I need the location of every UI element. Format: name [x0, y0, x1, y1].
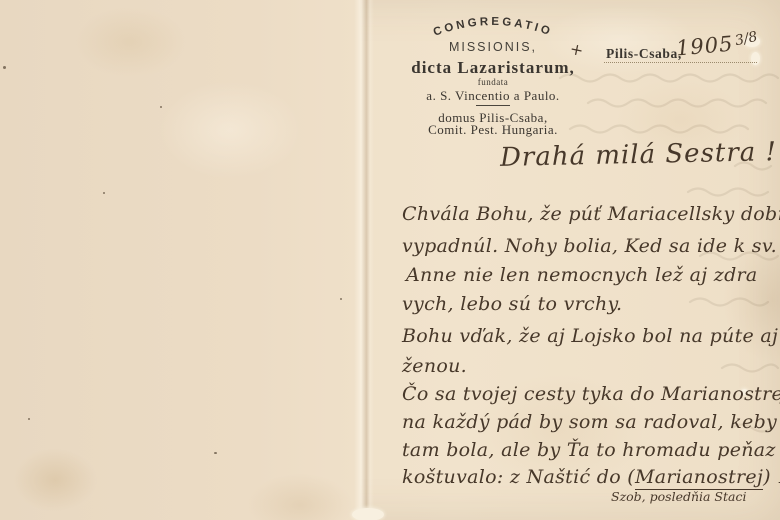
handwritten-line: na každý pád by som sa radoval, keby si [402, 411, 780, 433]
letterhead-founder: a. S. Vincentio a Paulo. [403, 88, 583, 104]
handwritten-line: ženou. [402, 355, 467, 377]
dateline-year: 1905 [675, 32, 734, 61]
paper-speck [103, 192, 105, 194]
letterhead-comit: Comit. Pest. Hungaria. [403, 122, 583, 138]
handwritten-line: Čo sa tvojej cesty tyka do Marianostrej; [402, 383, 780, 405]
handwritten-line: Chvála Bohu, že púť Mariacellsky dobre [402, 203, 780, 225]
last-line-underlined: Marianostrej [635, 466, 763, 490]
handwritten-line: Bohu vďak, že aj Lojsko bol na púte aj s [402, 325, 780, 347]
footnote: Szob, posledňia Staci [611, 489, 746, 504]
salutation: Drahá milá Sestra ! [500, 137, 778, 173]
paper-damage-spot [352, 508, 384, 520]
paper-speck [340, 298, 342, 300]
letterhead-dicta-lazaristarum: dicta Lazaristarum, [389, 58, 597, 78]
letterhead-rule [476, 105, 510, 106]
letter-photo: CONGREGATIO MISSIONIS, dicta Lazaristaru… [0, 0, 780, 520]
paper-speck [160, 106, 162, 108]
handwritten-line: vych, lebo sú to vrchy. [402, 293, 622, 315]
handwritten-line-last: koštuvalo: z Naštić do (Marianostrej) 12… [402, 466, 780, 488]
left-page-blank [0, 0, 360, 520]
handwritten-cross-mark: + [568, 39, 585, 60]
paper-speck [214, 452, 217, 454]
last-line-pre: koštuvalo: z Naštić do ( [402, 466, 635, 488]
paper-speck [3, 66, 6, 69]
letterhead-fundata: fundata [403, 77, 583, 87]
handwritten-line: tam bola, ale by Ťa to hromadu peňaz [402, 439, 776, 461]
svg-text:CONGREGATIO: CONGREGATIO [432, 16, 554, 39]
fold-crease [354, 0, 374, 520]
letterhead-arc-text: CONGREGATIO [432, 16, 554, 39]
letterhead-missionis: MISSIONIS, [403, 40, 583, 54]
paper-speck [28, 418, 30, 420]
handwritten-line: Anne nie len nemocnych lež aj zdra [406, 264, 758, 286]
last-line-post: ) 12 K [763, 466, 780, 488]
handwritten-line: vypadnúl. Nohy bolia, Ked sa ide k sv. [402, 235, 777, 257]
